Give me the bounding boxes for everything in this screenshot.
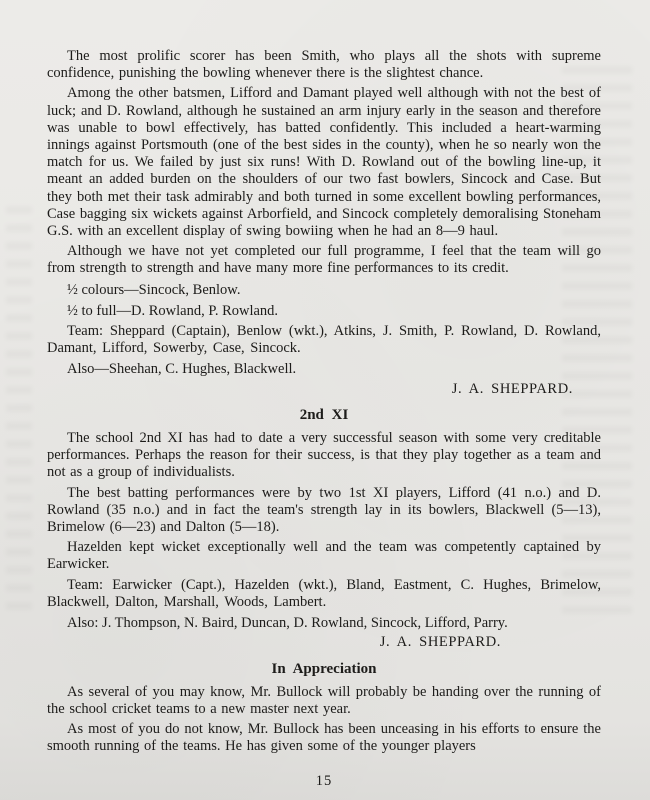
heading-2nd-xi: 2nd XI [47,407,601,424]
half-colours-line: ½ colours—Sincock, Benlow. [47,282,601,299]
paragraph-bullock-unceasing: As most of you do not know, Mr. Bullock … [47,721,601,755]
first-xi-also-list: Also—Sheehan, C. Hughes, Blackwell. [47,361,601,378]
page-number: 15 [47,773,601,790]
paragraph-2nd-xi-batting: The best batting performances were by tw… [47,485,601,537]
second-xi-team-list: Team: Earwicker (Capt.), Hazelden (wkt.)… [47,577,601,611]
half-to-full-line: ½ to full—D. Rowland, P. Rowland. [47,303,601,320]
paragraph-prolific-scorer: The most prolific scorer has been Smith,… [47,48,601,82]
paragraph-other-batsmen: Among the other batsmen, Lifford and Dam… [47,85,601,240]
paragraph-programme: Although we have not yet completed our f… [47,243,601,277]
signature-sheppard-2: J. A. SHEPPARD. [47,634,601,651]
second-xi-also-list: Also: J. Thompson, N. Baird, Duncan, D. … [47,615,601,632]
paragraph-bullock-handover: As several of you may know, Mr. Bullock … [47,684,601,718]
scanned-magazine-page: The most prolific scorer has been Smith,… [0,0,650,800]
bleed-through-texture [6,200,32,620]
paragraph-2nd-xi-season: The school 2nd XI has had to date a very… [47,430,601,482]
heading-in-appreciation: In Appreciation [47,661,601,678]
paragraph-2nd-xi-wicket: Hazelden kept wicket exceptionally well … [47,539,601,573]
first-xi-team-list: Team: Sheppard (Captain), Benlow (wkt.),… [47,323,601,357]
signature-sheppard-1: J. A. SHEPPARD. [47,381,601,398]
